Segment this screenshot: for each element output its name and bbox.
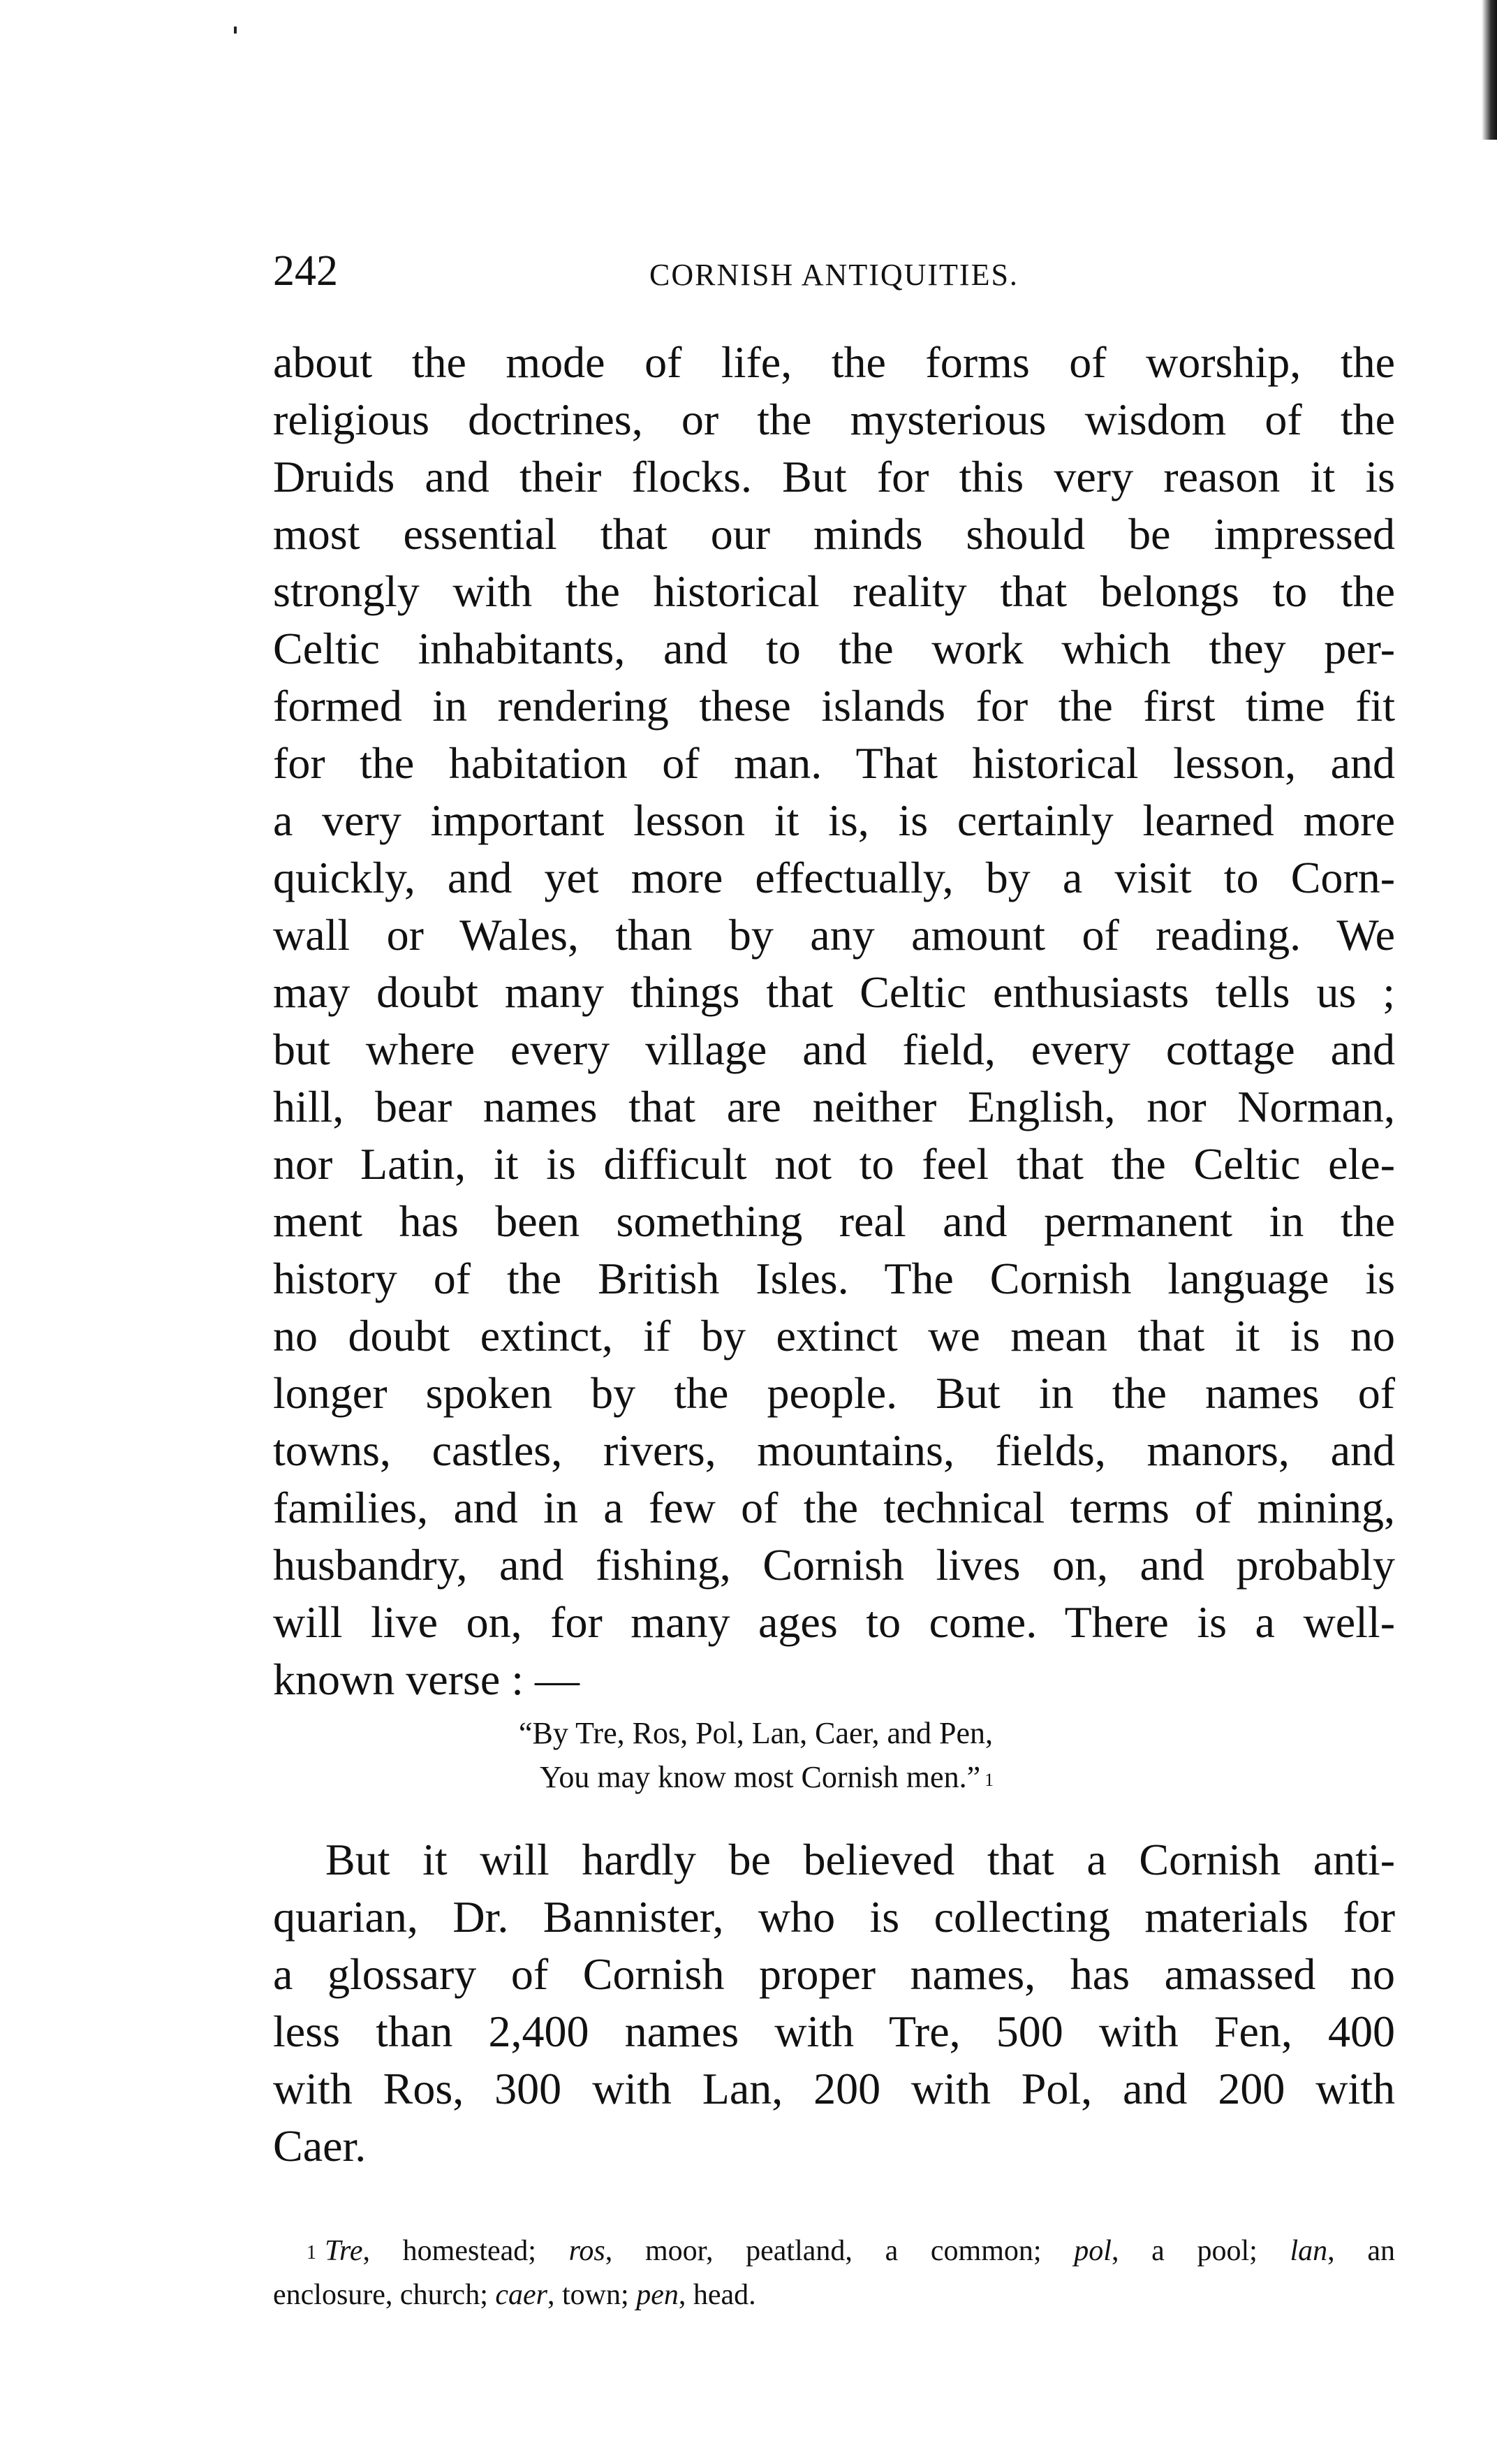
footnote-term: ros [569,2235,605,2267]
footnote-term: pen [636,2279,679,2311]
paragraph-2: But it will hardly be believed that a Co… [273,1831,1395,2175]
text-line: husbandry, and fishing, Cornish lives on… [273,1537,1395,1594]
scan-edge-shadow [1482,0,1497,140]
footnote-reference: 1 [985,1770,994,1790]
text-line: hill, bear names that are neither Englis… [273,1078,1395,1136]
text-line: quarian, Dr. Bannister, who is collectin… [273,1889,1395,1946]
text-line: a glossary of Cornish proper names, has … [273,1946,1395,2003]
footnote-gloss: , head. [679,2279,756,2311]
text-line: quickly, and yet more effectually, by a … [273,849,1395,907]
footnote-gloss: , moor, peatland, a common; [605,2235,1074,2267]
footnote: 1Tre, homestead; ros, moor, peatland, a … [273,2229,1395,2317]
footnote-gloss: , an [1327,2235,1395,2267]
text-line: a very important lesson it is, is certai… [273,792,1395,849]
text-line: known verse : — [273,1651,1395,1708]
text-line: strongly with the historical reality tha… [273,563,1395,620]
paragraph-1: about the mode of life, the forms of wor… [273,334,1395,1708]
footnote-term: pol [1074,2235,1112,2267]
book-page: 242 CORNISH ANTIQUITIES. about the mode … [0,0,1497,2464]
text-line: ment has been something real and permane… [273,1193,1395,1250]
text-line: But it will hardly be believed that a Co… [273,1831,1395,1889]
text-line: most essential that our minds should be … [273,506,1395,563]
text-line: towns, castles, rivers, mountains, field… [273,1422,1395,1479]
text-line: less than 2,400 names with Tre, 500 with… [273,2003,1395,2060]
footnote-term: caer [495,2279,547,2311]
text-line: for the habitation of man. That historic… [273,735,1395,792]
verse-line: “By Tre, Ros, Pol, Lan, Caer, and Pen, [519,1711,993,1755]
footnote-term: lan [1290,2235,1328,2267]
text-line: Celtic inhabitants, and to the work whic… [273,620,1395,677]
footnote-gloss: , town; [547,2279,636,2311]
footnote-gloss: , homestead; [362,2235,568,2267]
footnote-term: Tre [325,2235,362,2267]
scan-speck [234,27,237,34]
running-head: CORNISH ANTIQUITIES. [273,247,1395,303]
footnote-gloss: , a pool; [1112,2235,1290,2267]
footnote-mark: 1 [307,2242,316,2264]
text-line: may doubt many things that Celtic enthus… [273,964,1395,1021]
text-line: religious doctrines, or the mysterious w… [273,391,1395,448]
verse-line-2: You may know most Cornish men.”1 [540,1755,994,1799]
text-line: history of the British Isles. The Cornis… [273,1250,1395,1307]
page-header: 242 CORNISH ANTIQUITIES. [273,243,1395,299]
footnote-line: enclosure, church; caer, town; pen, head… [273,2273,1395,2317]
text-line: Druids and their flocks. But for this ve… [273,448,1395,506]
footnote-line: 1Tre, homestead; ros, moor, peatland, a … [273,2229,1395,2273]
text-line: formed in rendering these islands for th… [273,677,1395,735]
text-line: families, and in a few of the technical … [273,1479,1395,1537]
text-line: Caer. [273,2118,1395,2175]
text-line: longer spoken by the people. But in the … [273,1365,1395,1422]
footnote-gloss: enclosure, church; [273,2279,495,2311]
verse-line: You may know most Cornish men.” [540,1760,980,1794]
text-line: about the mode of life, the forms of wor… [273,334,1395,391]
text-line: with Ros, 300 with Lan, 200 with Pol, an… [273,2060,1395,2118]
text-line: but where every village and field, every… [273,1021,1395,1078]
text-line: wall or Wales, than by any amount of rea… [273,907,1395,964]
text-line: will live on, for many ages to come. The… [273,1594,1395,1651]
text-line: nor Latin, it is difficult not to feel t… [273,1136,1395,1193]
text-line: no doubt extinct, if by extinct we mean … [273,1307,1395,1365]
